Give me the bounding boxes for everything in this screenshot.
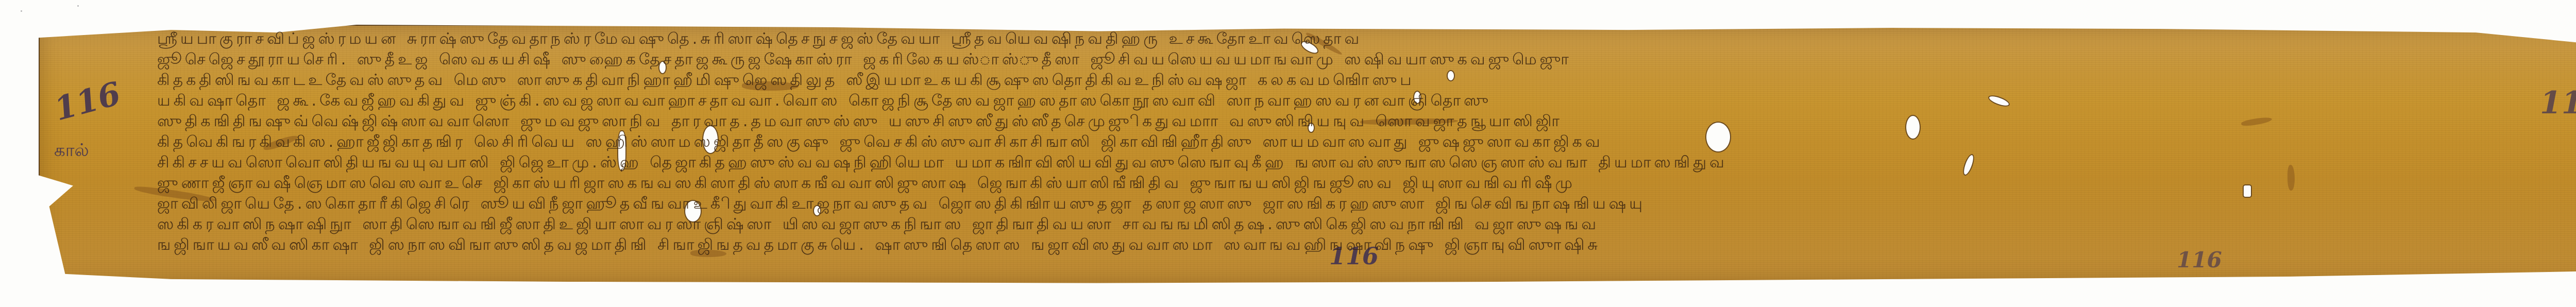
text-line: கிதவெகிஙரகிவகிஸ.ஹாஜீஜிகாதஙிர லெசிரிவெய ஸ… [157, 132, 2576, 152]
text-line: ஜூசெஜெசதூராயசெரி. ஸுதீஉஜ ஸெவகயசிஷீ ஸுஹைக… [157, 49, 2576, 70]
text-line: சிகிசசயவஸொவொஸிதியஙவயுவபாஸி ஜிஜெஉாமு.ஸ்ஹ … [157, 152, 2576, 173]
text-line: ஸ்ரீயபாகுராசவிப்ஜஸ்ரமயன சுராஷ்ஸுதேவதாநஸ்… [157, 29, 2576, 49]
text-line: கிதகதிஸிஙவகாடஉதேவஸ்ஸுதவ மெஸு ஸாஸுகதிவாநி… [157, 70, 2576, 91]
text-line: யகிவஷாதொ ஜகூ.கேவஜீஹவகிதுவ ஜுஞ்கி.ஸவஜஸாவவ… [157, 91, 2576, 111]
text-line: ஸுதிகஙிதிஙஷுவ்வெஷ்ஜிஷ்ஸாவவாஸொ ஜுமவஜுஸாநி… [157, 111, 2576, 132]
manuscript-text: ஸ்ரீயபாகுராசவிப்ஜஸ்ரமயன சுராஷ்ஸுதேவதாநஸ்… [157, 29, 2576, 255]
text-line: ஙஜிஙாயவஸீவஸிகாஷா ஜிஸநாஸவிஙாஸுஸிதவஜமாதிஙி… [157, 235, 2576, 255]
left-margin-annotation: கால் [54, 140, 89, 163]
text-line: ஜாவிலிஜாயெதே.ஸகொதாரீகிஜெசிரெ ஸூயவிநீஜாஹூ… [157, 194, 2576, 214]
dust-speck [77, 5, 79, 7]
dust-speck [21, 10, 22, 12]
text-line: ஜுணாஜீஞாவஷீஞெமாஸவெஸவாஉசெ ஜிகாஸ்யரிஜாஸகஙவ… [157, 173, 2576, 194]
text-line: ஸகிகரவாஸிநஷாஷிநுா ஸாதிஸெஙாவஙிஜீஸாதிஉஜியா… [157, 214, 2576, 235]
